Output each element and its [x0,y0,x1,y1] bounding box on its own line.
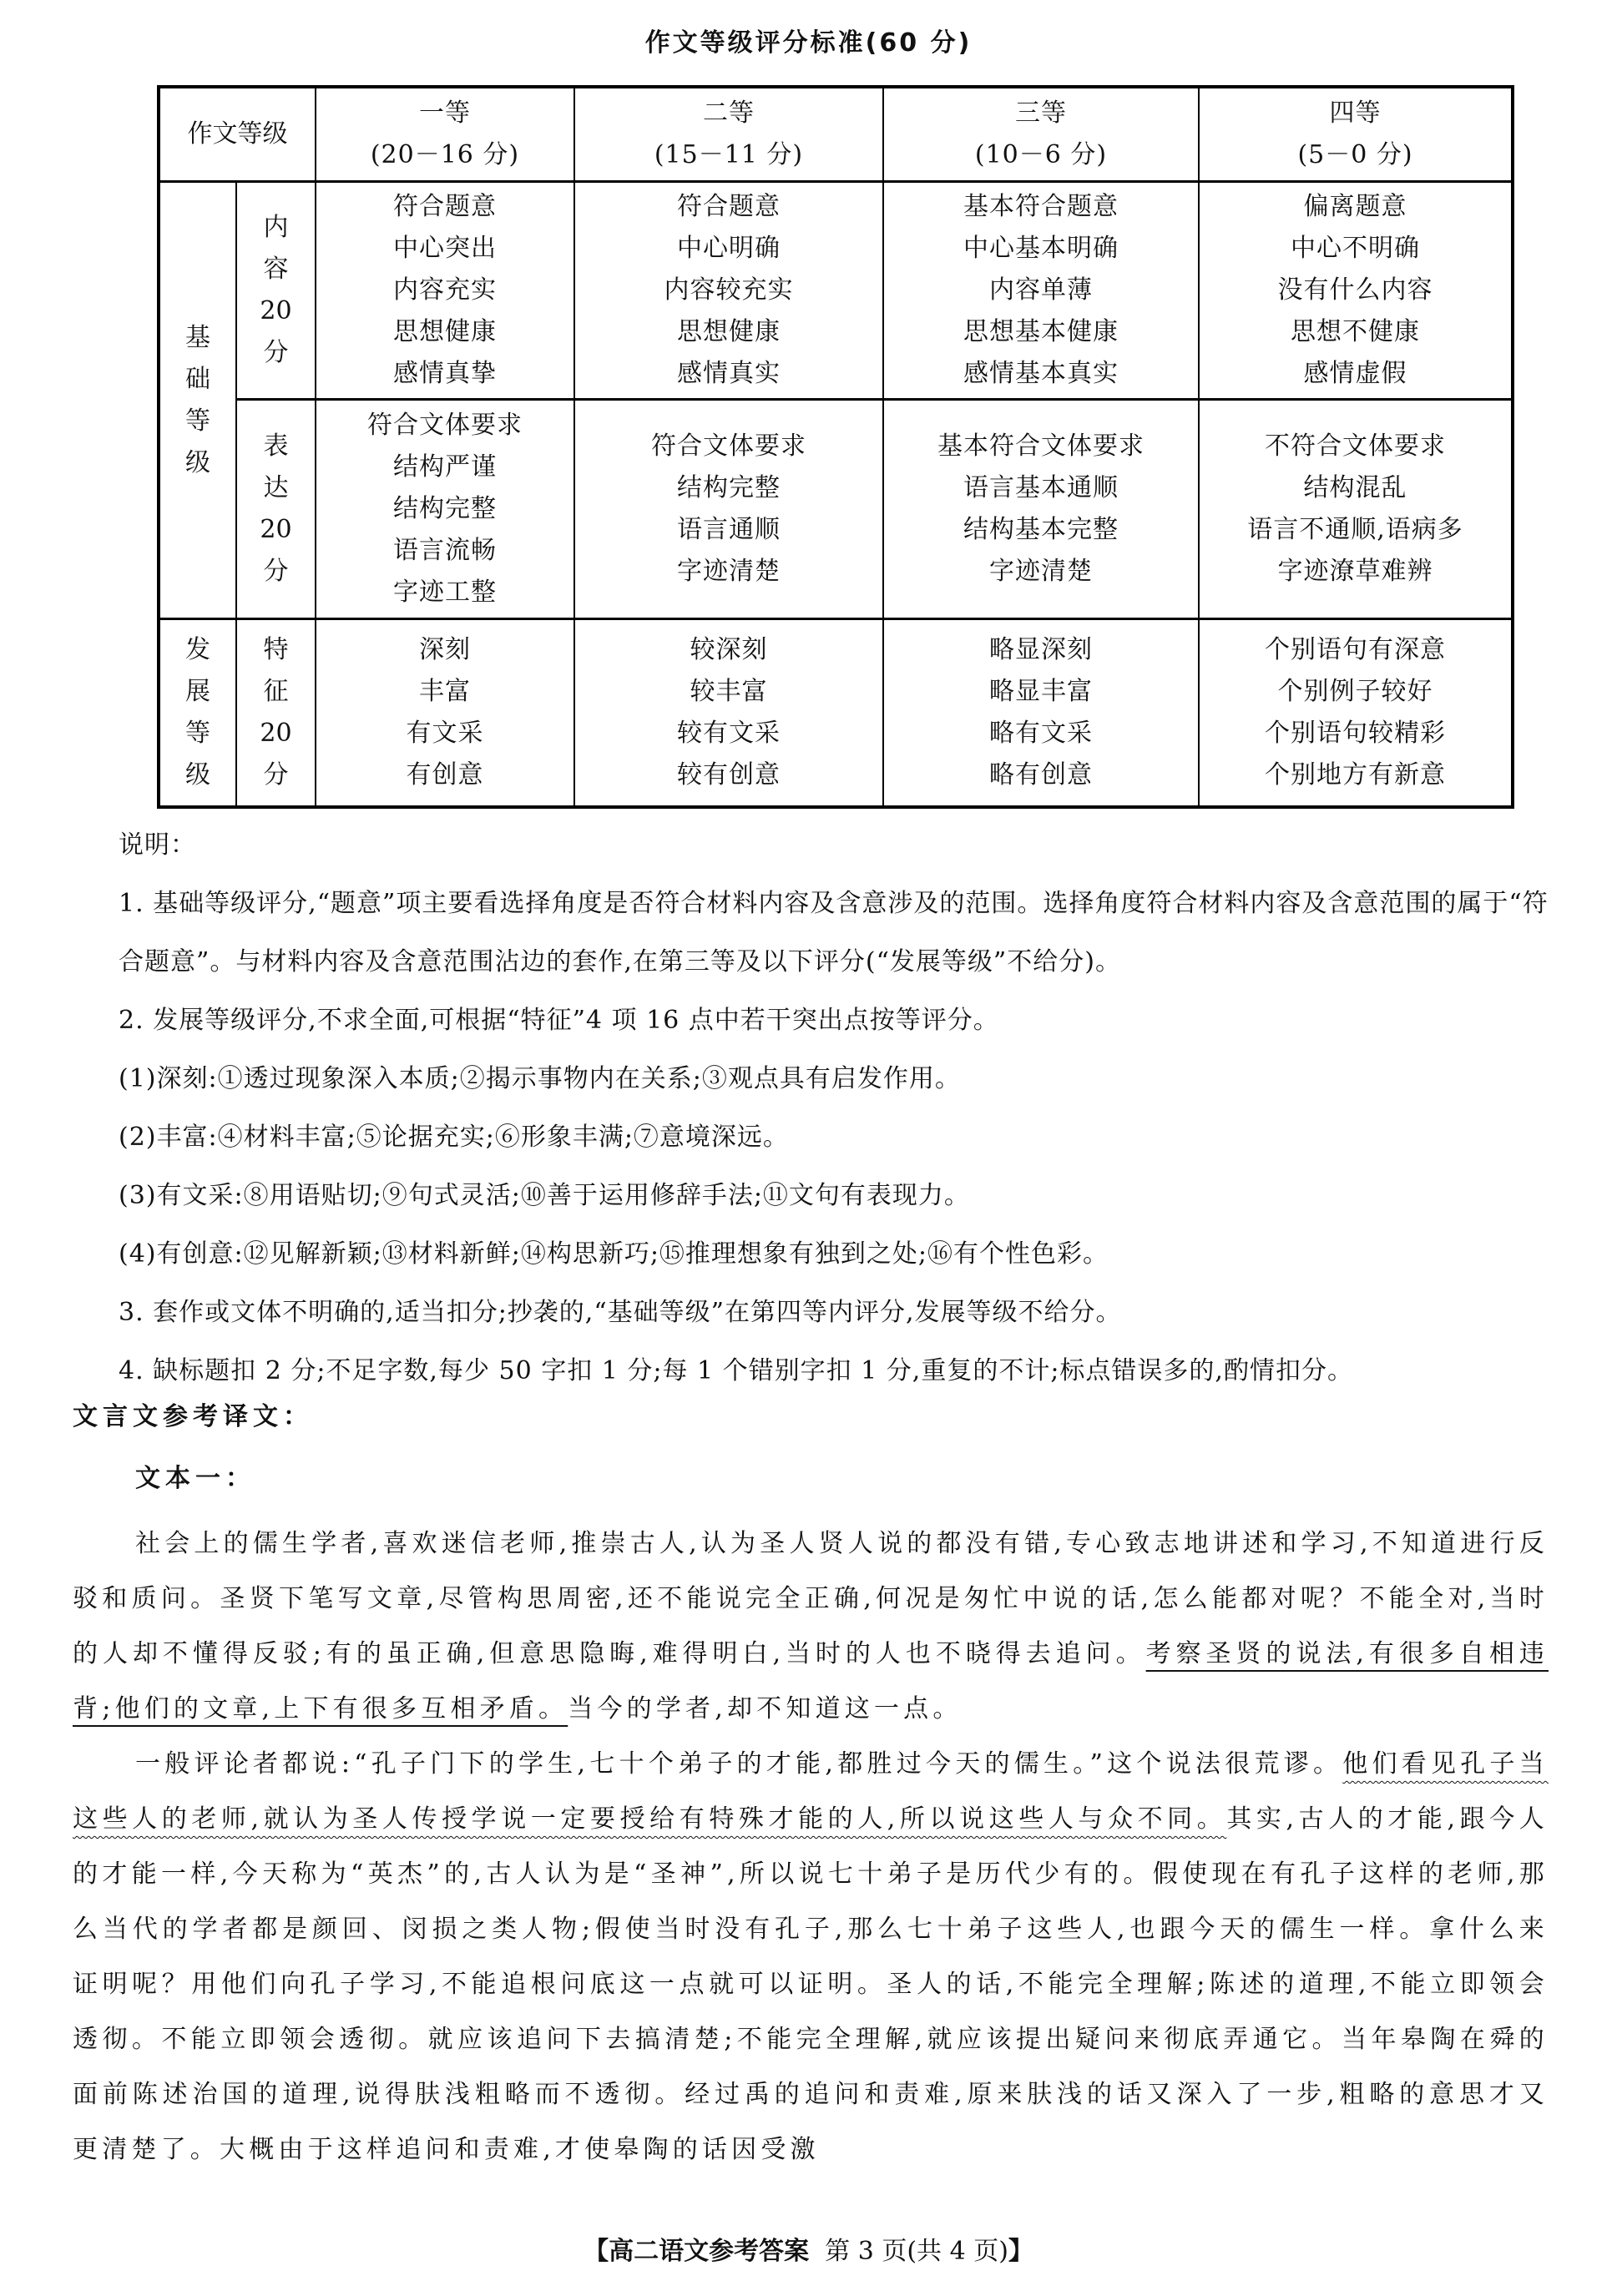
row-label-expression: 表达20分 [236,400,316,619]
rubric-cell: 个别语句有深意个别例子较好个别语句较精彩个别地方有新意 [1199,619,1513,808]
note-item: 4. 缺标题扣 2 分;不足字数,每少 50 字扣 1 分;每 1 个错别字扣 … [119,1342,1554,1400]
row-label-content: 内容20分 [236,182,316,400]
notes-heading: 说明： [119,816,1554,875]
rubric-cell: 符合文体要求结构严谨结构完整语言流畅字迹工整 [316,400,574,619]
group-label-development: 发展等级 [159,619,236,808]
rubric-row-features: 发展等级 特征20分 深刻丰富有文采有创意 较深刻较丰富较有文采较有创意 略显深… [159,619,1513,808]
footer-bracket-open: 【 [584,2237,609,2266]
rubric-cell: 略显深刻略显丰富略有文采略有创意 [883,619,1199,808]
note-item: (3)有文采:⑧用语贴切;⑨句式灵活;⑩善于运用修辞手法;⑪文句有表现力。 [119,1167,1554,1225]
rubric-header-row: 作文等级 一等(20－16 分) 二等(15－11 分) 三等(10－6 分) … [159,87,1513,182]
footer-bracket-close: 】 [1008,2237,1033,2266]
rubric-corner-label: 作文等级 [159,87,316,182]
rubric-cell: 符合文体要求结构完整语言通顺字迹清楚 [574,400,883,619]
translation-paragraph-2: 一般评论者都说:“孔子门下的学生,七十个弟子的才能,都胜过今天的儒生。”这个说法… [73,1737,1549,2177]
note-item: 3. 套作或文体不明确的,适当扣分;抄袭的,“基础等级”在第四等内评分,发展等级… [119,1284,1554,1342]
rubric-cell: 符合题意中心突出内容充实思想健康感情真挚 [316,182,574,400]
note-item: (1)深刻:①透过现象深入本质;②揭示事物内在关系;③观点具有启发作用。 [119,1050,1554,1108]
grade-header-3: 三等(10－6 分) [883,87,1199,182]
grading-rubric-table: 作文等级 一等(20－16 分) 二等(15－11 分) 三等(10－6 分) … [157,85,1514,809]
footer-doc-name: 高二语文参考答案 [609,2237,809,2266]
note-item: 1. 基础等级评分,“题意”项主要看选择角度是否符合材料内容及含意涉及的范围。选… [119,875,1554,992]
note-item: (4)有创意:⑫见解新颖;⑬材料新鲜;⑭构思新巧;⑮推理想象有独到之处;⑯有个性… [119,1225,1554,1284]
scoring-notes: 说明： 1. 基础等级评分,“题意”项主要看选择角度是否符合材料内容及含意涉及的… [119,816,1554,1400]
page-footer: 【高二语文参考答案 第 3 页(共 4 页)】 [0,2233,1617,2270]
rubric-row-content: 基础等级 内容20分 符合题意中心突出内容充实思想健康感情真挚 符合题意中心明确… [159,182,1513,400]
row-label-features: 特征20分 [236,619,316,808]
text-one-heading: 文本一： [135,1461,255,1497]
grade-header-4: 四等(5－0 分) [1199,87,1513,182]
rubric-cell: 符合题意中心明确内容较充实思想健康感情真实 [574,182,883,400]
rubric-cell: 偏离题意中心不明确没有什么内容思想不健康感情虚假 [1199,182,1513,400]
rubric-row-expression: 表达20分 符合文体要求结构严谨结构完整语言流畅字迹工整 符合文体要求结构完整语… [159,400,1513,619]
group-label-basic: 基础等级 [159,182,236,619]
grade-header-2: 二等(15－11 分) [574,87,883,182]
note-item: (2)丰富:④材料丰富;⑤论据充实;⑥形象丰满;⑦意境深远。 [119,1108,1554,1167]
footer-page-info: 第 3 页(共 4 页) [825,2237,1008,2266]
grade-header-1: 一等(20－16 分) [316,87,574,182]
translation-body: 社会上的儒生学者,喜欢迷信老师,推崇古人,认为圣人贤人说的都没有错,专心致志地讲… [73,1516,1549,2177]
rubric-cell: 基本符合题意中心基本明确内容单薄思想基本健康感情基本真实 [883,182,1199,400]
rubric-cell: 不符合文体要求结构混乱语言不通顺,语病多字迹潦草难辨 [1199,400,1513,619]
rubric-cell: 深刻丰富有文采有创意 [316,619,574,808]
translation-paragraph-1: 社会上的儒生学者,喜欢迷信老师,推崇古人,认为圣人贤人说的都没有错,专心致志地讲… [73,1516,1549,1737]
translation-heading: 文言文参考译文： [73,1399,313,1436]
rubric-cell: 基本符合文体要求语言基本通顺结构基本完整字迹清楚 [883,400,1199,619]
rubric-cell: 较深刻较丰富较有文采较有创意 [574,619,883,808]
page-title: 作文等级评分标准(60 分) [0,27,1617,60]
note-item: 2. 发展等级评分,不求全面,可根据“特征”4 项 16 点中若干突出点按等评分… [119,992,1554,1050]
